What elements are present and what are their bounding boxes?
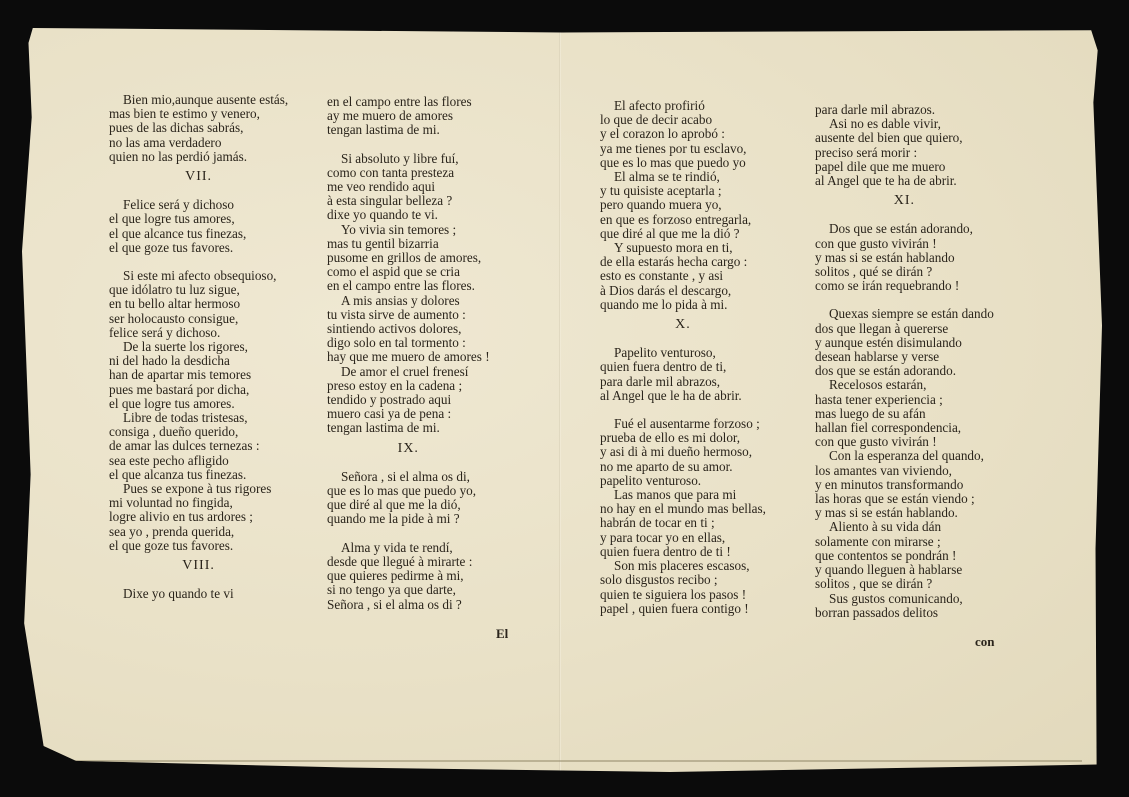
verse-line: pusome en grillos de amores, [327,251,490,265]
verse-line: y asi di à mi dueño hermoso, [600,445,766,459]
section-number: X. [600,318,766,332]
verse-line: con que gusto vivirán ! [815,435,994,449]
verse-line: Sus gustos comunicando, [815,592,994,606]
verse-line: solitos , qué se dirán ? [815,265,994,279]
verse-line: papelito venturoso. [600,474,766,488]
verse-line: y el corazon lo aprobó : [600,127,766,141]
verse-line: Las manos que para mi [600,488,766,502]
catchword-right: con [975,634,995,650]
verse-line: ser holocausto consigue, [109,312,288,326]
verse-line: que diré al que me la dió ? [600,227,766,241]
verse-line: no me aparto de su amor. [600,460,766,474]
verse-line: tengan lastima de mi. [327,421,490,435]
verse-line: Bien mio,aunque ausente estás, [109,93,288,107]
verse-line: de ella estarás hecha cargo : [600,255,766,269]
verse-line: y aunque estén disimulando [815,336,994,350]
verse-line: y quando lleguen à hablarse [815,563,994,577]
stanza-gap [815,293,994,307]
verse-line: mas bien te estimo y venero, [109,107,288,121]
verse-line: Con la esperanza del quando, [815,449,994,463]
verse-line: lo que de decir acabo [600,113,766,127]
stanza-gap [327,527,490,541]
verse-line: solo disgustos recibo ; [600,573,766,587]
verse-line: el que logre tus amores, [109,212,288,226]
verse-line: como el aspid que se cria [327,265,490,279]
verse-line: logre alivio en tus ardores ; [109,510,288,524]
verse-line: El alma se te rindió, [600,170,766,184]
verse-line: y tu quisiste aceptarla ; [600,184,766,198]
verse-line: que idólatro tu luz sigue, [109,283,288,297]
verse-line: en tu bello altar hermoso [109,297,288,311]
verse-line: digo solo en tal tormento : [327,336,490,350]
verse-line: Y supuesto mora en ti, [600,241,766,255]
verse-line: que diré al que me la dió, [327,498,490,512]
verse-line: esto es constante , y asi [600,269,766,283]
verse-line: y mas si se están hablando. [815,506,994,520]
verse-line: quien fuera dentro de ti ! [600,545,766,559]
left-page-column-1: Bien mio,aunque ausente estás,mas bien t… [109,93,288,602]
verse-line: quando me la pide à mi ? [327,512,490,526]
verse-line: Yo vivia sin temores ; [327,223,490,237]
verse-line: y en minutos transformando [815,478,994,492]
verse-line: el que goze tus favores. [109,539,288,553]
verse-line: que contentos se pondrán ! [815,549,994,563]
verse-line: mi voluntad no fingida, [109,496,288,510]
verse-line: quien no las perdió jamás. [109,150,288,164]
verse-line: ya me tienes por tu esclavo, [600,142,766,156]
section-number: IX. [327,442,490,456]
verse-line: el que goze tus favores. [109,241,288,255]
verse-line: dixe yo quando te vi. [327,208,490,222]
verse-line: el que alcanza tus finezas. [109,468,288,482]
verse-line: ausente del bien que quiero, [815,131,994,145]
verse-line: quando me lo pida à mi. [600,298,766,312]
verse-line: tendido y postrado aqui [327,393,490,407]
verse-line: no hay en el mundo mas bellas, [600,502,766,516]
verse-line: solamente con mirarse ; [815,535,994,549]
verse-line: sea yo , prenda querida, [109,525,288,539]
verse-line: De la suerte los rigores, [109,340,288,354]
verse-line: A mis ansias y dolores [327,294,490,308]
stanza-gap [109,255,288,269]
verse-line: las horas que se están viendo ; [815,492,994,506]
verse-line: Felice será y dichoso [109,198,288,212]
verse-line: en el campo entre las flores. [327,279,490,293]
verse-line: sintiendo activos dolores, [327,322,490,336]
verse-line: que es lo mas que puedo yo [600,156,766,170]
paper-tear [52,760,1082,762]
verse-line: dos que se están adorando. [815,364,994,378]
verse-line: y para tocar yo en ellas, [600,531,766,545]
verse-line: Pues se expone à tus rigores [109,482,288,496]
verse-line: Aliento à su vida dán [815,520,994,534]
verse-line: preso estoy en la cadena ; [327,379,490,393]
verse-line: sea este pecho afligido [109,454,288,468]
verse-line: en que es forzoso entregarla, [600,213,766,227]
verse-line: Dos que se están adorando, [815,222,994,236]
verse-line: que es lo mas que puedo yo, [327,484,490,498]
verse-line: me veo rendido aqui [327,180,490,194]
verse-line: han de apartar mis temores [109,368,288,382]
verse-line: Papelito venturoso, [600,346,766,360]
verse-line: desde que llegué à mirarte : [327,555,490,569]
verse-line: hasta tener experiencia ; [815,393,994,407]
center-fold [559,28,561,772]
verse-line: Quexas siempre se están dando [815,307,994,321]
verse-line: en el campo entre las flores [327,95,490,109]
verse-line: que quieres pedirme à mi, [327,569,490,583]
verse-line: Si este mi afecto obsequioso, [109,269,288,283]
verse-line: papel dile que me muero [815,160,994,174]
verse-line: Señora , si el alma os di, [327,470,490,484]
verse-line: si no tengo ya que darte, [327,583,490,597]
verse-line: Si absoluto y libre fuí, [327,152,490,166]
verse-line: De amor el cruel frenesí [327,365,490,379]
verse-line: para darle mil abrazos, [600,375,766,389]
stanza-gap [327,138,490,152]
section-number: XI. [815,194,994,208]
verse-line: con que gusto vivirán ! [815,237,994,251]
verse-line: quien te siguiera los pasos ! [600,588,766,602]
verse-line: al Angel que te ha de abrir. [815,174,994,188]
verse-line: pues me bastará por dicha, [109,383,288,397]
verse-line: El afecto profirió [600,99,766,113]
section-number: VII. [109,170,288,184]
verse-line: solitos , que se dirán ? [815,577,994,591]
verse-line: el que alcance tus finezas, [109,227,288,241]
verse-line: quien fuera dentro de ti, [600,360,766,374]
verse-line: y mas si se están hablando [815,251,994,265]
verse-line: Alma y vida te rendí, [327,541,490,555]
verse-line: no las ama verdadero [109,136,288,150]
left-page-column-2: en el campo entre las floresay me muero … [327,95,490,612]
verse-line: muero casi ya de pena : [327,407,490,421]
verse-line: pues de las dichas sabrás, [109,121,288,135]
verse-line: felice será y dichoso. [109,326,288,340]
catchword-left: El [496,626,508,642]
verse-line: hallan fiel correspondencia, [815,421,994,435]
verse-line: como con tanta presteza [327,166,490,180]
verse-line: al Angel que le ha de abrir. [600,389,766,403]
verse-line: Asi no es dable vivir, [815,117,994,131]
verse-line: habrán de tocar en ti ; [600,516,766,530]
verse-line: papel , quien fuera contigo ! [600,602,766,616]
verse-line: Señora , si el alma os di ? [327,598,490,612]
verse-line: como se irán requebrando ! [815,279,994,293]
verse-line: desean hablarse y verse [815,350,994,364]
verse-line: de amar las dulces ternezas : [109,439,288,453]
verse-line: à Dios darás el descargo, [600,284,766,298]
verse-line: para darle mil abrazos. [815,103,994,117]
verse-line: borran passados delitos [815,606,994,620]
verse-line: Recelosos estarán, [815,378,994,392]
verse-line: Son mis placeres escasos, [600,559,766,573]
verse-line: dos que llegan à quererse [815,322,994,336]
verse-line: tu vista sirve de aumento : [327,308,490,322]
verse-line: ni del hado la desdicha [109,354,288,368]
verse-line: ay me muero de amores [327,109,490,123]
verse-line: prueba de ello es mi dolor, [600,431,766,445]
verse-line: mas luego de su afán [815,407,994,421]
right-page-column-1: El afecto profiriólo que de decir acaboy… [600,99,766,616]
verse-line: à esta singular belleza ? [327,194,490,208]
verse-line: mas tu gentil bizarria [327,237,490,251]
right-page-column-2: para darle mil abrazos.Asi no es dable v… [815,103,994,620]
section-number: VIII. [109,559,288,573]
verse-line: Fué el ausentarme forzoso ; [600,417,766,431]
verse-line: consiga , dueño querido, [109,425,288,439]
verse-line: Libre de todas tristesas, [109,411,288,425]
stanza-gap [600,403,766,417]
verse-line: Dixe yo quando te vi [109,587,288,601]
verse-line: tengan lastima de mi. [327,123,490,137]
verse-line: preciso será morir : [815,146,994,160]
verse-line: los amantes van viviendo, [815,464,994,478]
verse-line: pero quando muera yo, [600,198,766,212]
verse-line: hay que me muero de amores ! [327,350,490,364]
verse-line: el que logre tus amores. [109,397,288,411]
